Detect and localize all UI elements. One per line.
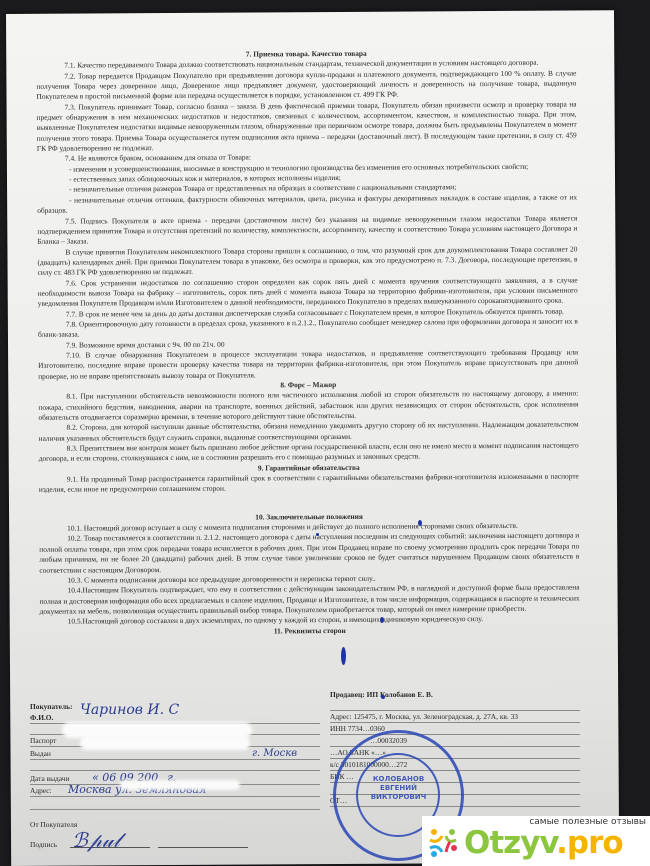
ink-blot xyxy=(418,520,422,526)
passport-label: Паспорт xyxy=(30,736,56,745)
stamp-text: КОЛОБАНОВ ЕВГЕНИЙ ВИКТОРОВИЧ xyxy=(361,775,436,802)
ink-blot xyxy=(316,533,319,536)
address-label: Адрес: xyxy=(30,786,52,795)
clause-10-2: 10.2. Товар поставляется в соответствии … xyxy=(39,531,579,576)
clause-7-2: 7.2. Товар передается Продавцом Покупате… xyxy=(36,68,576,102)
clause-7-5: 7.5. Подпись Покупателя в акте приема - … xyxy=(37,213,577,247)
otzyv-logo-icon xyxy=(426,826,460,860)
clause-7-5-incomplete: В случае принятия Покупателем некомплект… xyxy=(37,244,577,278)
fio-label: Ф.И.О. xyxy=(30,713,53,722)
ink-blot xyxy=(380,617,384,623)
issue-date-label: Дата выдачи xyxy=(30,774,69,783)
clause-10-4: 10.4.Настоящим Покупатель подтверждает, … xyxy=(39,583,579,617)
clause-8-1: 8.1. При наступлении обстоятельств невоз… xyxy=(38,389,578,423)
from-buyer-label: От Покупателя xyxy=(30,820,77,829)
buyer-signature: ℬ𝓅𝓊𝓁 xyxy=(72,828,120,852)
ink-blot xyxy=(341,647,346,665)
issued-value: г. Москв xyxy=(252,748,297,759)
otzyv-watermark: самые полезные отзывы Otzyv.pro xyxy=(422,816,650,866)
seller-address: Адрес: 125475, г. Москва, ул. Зеленоград… xyxy=(330,711,580,723)
watermark-brand: Otzyv.pro xyxy=(464,825,623,861)
ink-blot xyxy=(381,695,385,699)
clause-7-3: 7.3. Покупатель принимает Товар, согласн… xyxy=(37,99,577,154)
signature-label: Подпись xyxy=(30,840,57,849)
issued-label: Выдан xyxy=(30,749,51,758)
signature-decoding-line xyxy=(158,847,248,848)
clause-7-6: 7.6. Срок устранения недостатков по согл… xyxy=(38,275,578,309)
contract-body: 7. Приемка товара. Качество товара 7.1. … xyxy=(36,48,580,638)
seller-label: Продавец: ИП Колобанов Е. В. xyxy=(330,690,580,704)
redaction xyxy=(80,736,250,750)
clause-7-10: 7.10. В случае обнаружения Покупателем в… xyxy=(38,347,578,381)
redaction xyxy=(120,780,240,790)
seller-inn: ИНН 7734…0360 xyxy=(330,723,580,735)
buyer-label: Покупатель: xyxy=(30,702,72,711)
